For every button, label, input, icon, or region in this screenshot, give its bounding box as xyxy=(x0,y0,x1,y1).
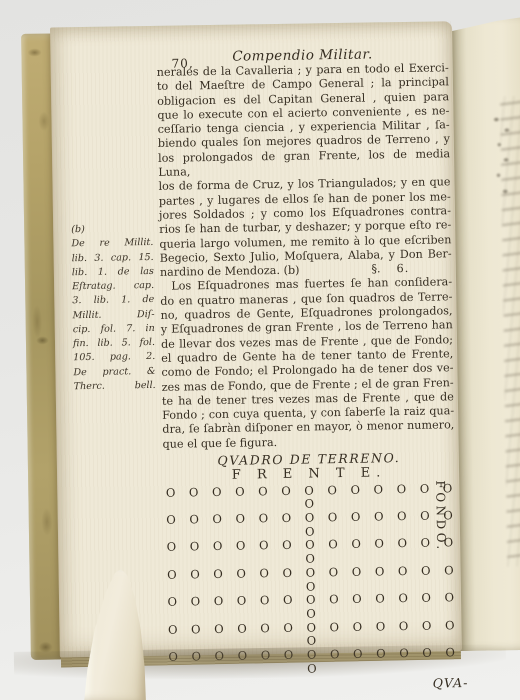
section-number: 6. xyxy=(396,262,409,276)
text-column: nerales de la Cavalleria ; y para en tod… xyxy=(157,61,459,695)
book: 70, Compendio Militar. (b)De re Millit.l… xyxy=(19,14,520,670)
fondo-label: FONDO. xyxy=(433,480,448,552)
margin-note-line: De pract. & xyxy=(73,364,155,380)
margin-note-line: fin. lib. 5. fol. xyxy=(73,336,155,352)
section-mark: §. xyxy=(371,263,380,277)
margin-note-line: Millit. Diſ- xyxy=(72,307,154,323)
margin-note-line: De re Millit. xyxy=(71,236,153,252)
margin-note-line: lib. 3. cap. 15. xyxy=(72,250,154,266)
fore-edge-ghost-text xyxy=(500,96,520,566)
margin-note-line: Therc. bell. xyxy=(74,379,156,395)
text-line: los prolongados de gran Frente, los de m… xyxy=(158,147,450,180)
margin-note-line: (b) xyxy=(71,222,153,238)
margin-note-line: 3. lib. 1. de xyxy=(72,293,154,309)
margin-note-line: cip. fol. 7. in xyxy=(73,322,155,338)
margin-note-line: Eſtratag. cap. xyxy=(72,279,154,295)
paragraph: nerales de la Cavalleria ; y para en tod… xyxy=(157,61,452,266)
margin-note-line: lib. 1. de las xyxy=(72,265,154,281)
margin-note: (b)De re Millit.lib. 3. cap. 15.lib. 1. … xyxy=(71,222,156,394)
margin-note-line: 105. pag. 2. xyxy=(73,350,155,366)
catchword: QVA- xyxy=(166,676,468,695)
book-page: 70, Compendio Militar. (b)De re Millit.l… xyxy=(50,21,462,657)
paragraph: Los Eſquadrones mas fuertes ſe han conſi… xyxy=(160,276,455,452)
